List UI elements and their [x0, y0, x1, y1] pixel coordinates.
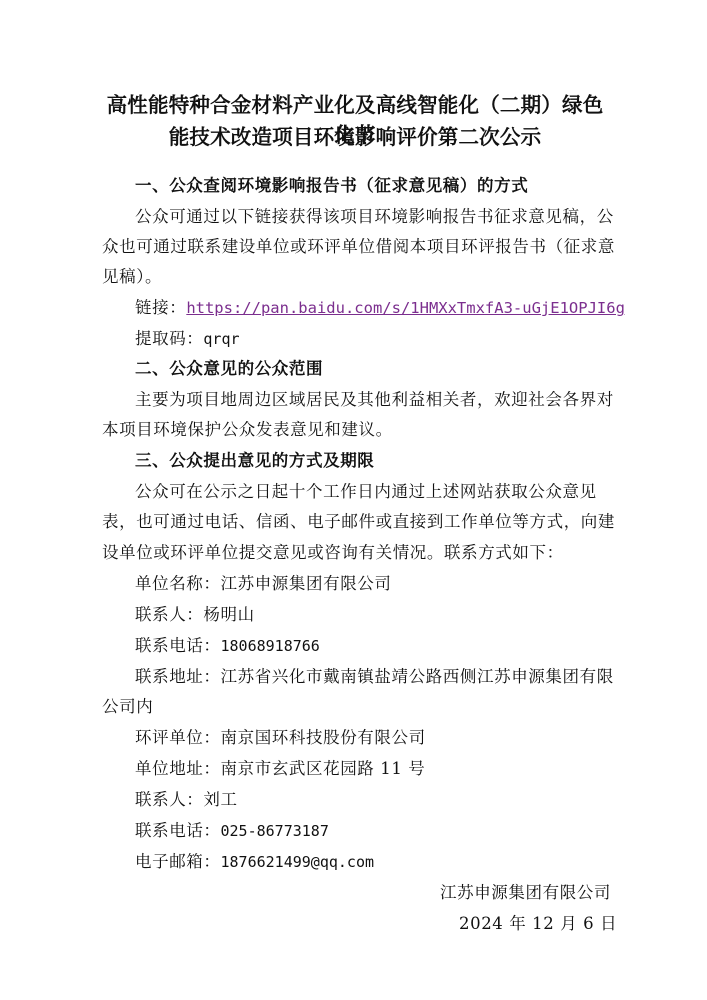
section-2-paragraph-line: 主要为项目地周边区域居民及其他利益相关者，欢迎社会各界对 [135, 386, 614, 410]
contact-label: 联系人： [135, 790, 203, 809]
contact-row-email: 电子邮箱：1876621499@qq.com [135, 848, 374, 872]
section-1-heading: 一、公众查阅环境影响报告书（征求意见稿）的方式 [135, 172, 528, 196]
contact-row-unit-address: 单位地址：南京市玄武区花园路 11 号 [135, 755, 425, 779]
document-page: 高性能特种合金材料产业化及高线智能化（二期）绿色化节 能技术改造项目环境影响评价… [0, 0, 707, 1000]
contact-value: 南京国环科技股份有限公司 [221, 728, 426, 747]
section-2-paragraph-line: 本项目环境保护公众发表意见和建议。 [102, 416, 393, 440]
document-title-line-2: 能技术改造项目环境影响评价第二次公示 [100, 120, 610, 150]
contact-value: 江苏申源集团有限公司 [221, 574, 392, 593]
contact-row-phone: 联系电话：18068918766 [135, 632, 320, 656]
download-link-row: 链接：https://pan.baidu.com/s/1HMXxTmxfA3-u… [135, 294, 625, 318]
contact-label: 电子邮箱： [135, 852, 221, 871]
section-3-paragraph-line: 表，也可通过电话、信函、电子邮件或直接到工作单位等方式，向建 [102, 508, 615, 532]
contact-value: 江苏省兴化市戴南镇盐靖公路西侧江苏申源集团有限 [221, 667, 614, 686]
contact-label: 联系电话： [135, 821, 221, 840]
contact-row-eia-phone: 联系电话：025-86773187 [135, 817, 329, 841]
signature-company: 江苏申源集团有限公司 [440, 879, 611, 903]
section-3-paragraph-line: 设单位或环评单位提交意见或咨询有关情况。联系方式如下： [102, 539, 564, 563]
contact-row-person: 联系人：杨明山 [135, 601, 255, 625]
contact-email: 1876621499@qq.com [221, 853, 375, 871]
section-1-paragraph-line: 见稿）。 [102, 263, 162, 287]
contact-label: 联系地址： [135, 667, 221, 686]
section-2-heading: 二、公众意见的公众范围 [135, 355, 323, 379]
contact-address-continuation: 公司内 [102, 693, 153, 717]
contact-label: 联系电话： [135, 636, 221, 655]
extraction-code-label: 提取码： [135, 329, 203, 348]
contact-row-eia-unit: 环评单位：南京国环科技股份有限公司 [135, 724, 426, 748]
contact-label: 单位名称： [135, 574, 221, 593]
download-link[interactable]: https://pan.baidu.com/s/1HMXxTmxfA3-uGjE… [186, 299, 625, 317]
contact-row-company: 单位名称：江苏申源集团有限公司 [135, 570, 392, 594]
extraction-code-row: 提取码：qrqr [135, 325, 240, 349]
contact-label: 环评单位： [135, 728, 221, 747]
contact-label: 联系人： [135, 605, 203, 624]
section-3-paragraph-line: 公众可在公示之日起十个工作日内通过上述网站获取公众意见 [135, 478, 597, 502]
contact-value: 杨明山 [203, 605, 254, 624]
contact-value: 刘工 [203, 790, 237, 809]
contact-row-eia-person: 联系人：刘工 [135, 786, 238, 810]
contact-row-address: 联系地址：江苏省兴化市戴南镇盐靖公路西侧江苏申源集团有限 [135, 663, 614, 687]
section-1-paragraph-line: 众也可通过联系建设单位或环评单位借阅本项目环评报告书（征求意 [102, 233, 615, 257]
section-3-heading: 三、公众提出意见的方式及期限 [135, 447, 374, 471]
section-1-paragraph-line: 公众可通过以下链接获得该项目环境影响报告书征求意见稿，公 [135, 203, 614, 227]
signature-date: 2024 年 12 月 6 日 [459, 910, 617, 934]
extraction-code-value: qrqr [203, 330, 239, 348]
link-label: 链接： [135, 298, 186, 317]
contact-value: 18068918766 [221, 637, 320, 655]
contact-value: 南京市玄武区花园路 11 号 [221, 759, 426, 778]
contact-label: 单位地址： [135, 759, 221, 778]
contact-value: 025-86773187 [221, 822, 329, 840]
